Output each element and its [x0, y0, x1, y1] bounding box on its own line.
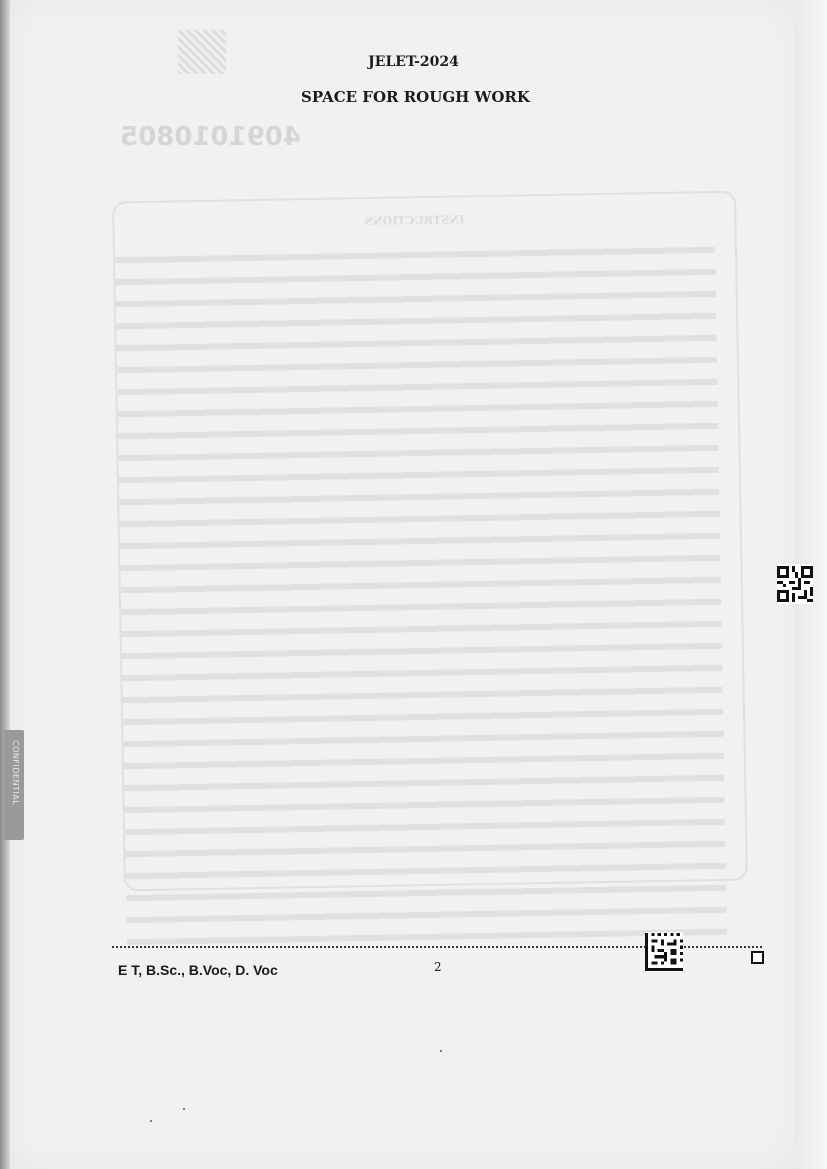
scan-speck: [150, 1120, 152, 1122]
exam-name: JELET-2024: [0, 54, 827, 70]
bleed-through-instructions-box: [112, 191, 748, 892]
scan-edge: [0, 0, 10, 1169]
square-marker-icon: [751, 951, 764, 964]
page-title: SPACE FOR ROUGH WORK: [0, 88, 827, 106]
bleed-through-booklet-number: 4091010805: [120, 122, 301, 152]
scan-speck: [183, 1108, 185, 1110]
binding-tab-label: CONFIDENTIAL: [6, 740, 20, 830]
scan-speck: [440, 1050, 442, 1052]
qr-code-icon: [777, 564, 813, 604]
page-number: 2: [434, 960, 442, 974]
data-matrix-icon: [645, 932, 683, 972]
footer-streams: E T, B.Sc., B.Voc, D. Voc: [118, 962, 278, 978]
